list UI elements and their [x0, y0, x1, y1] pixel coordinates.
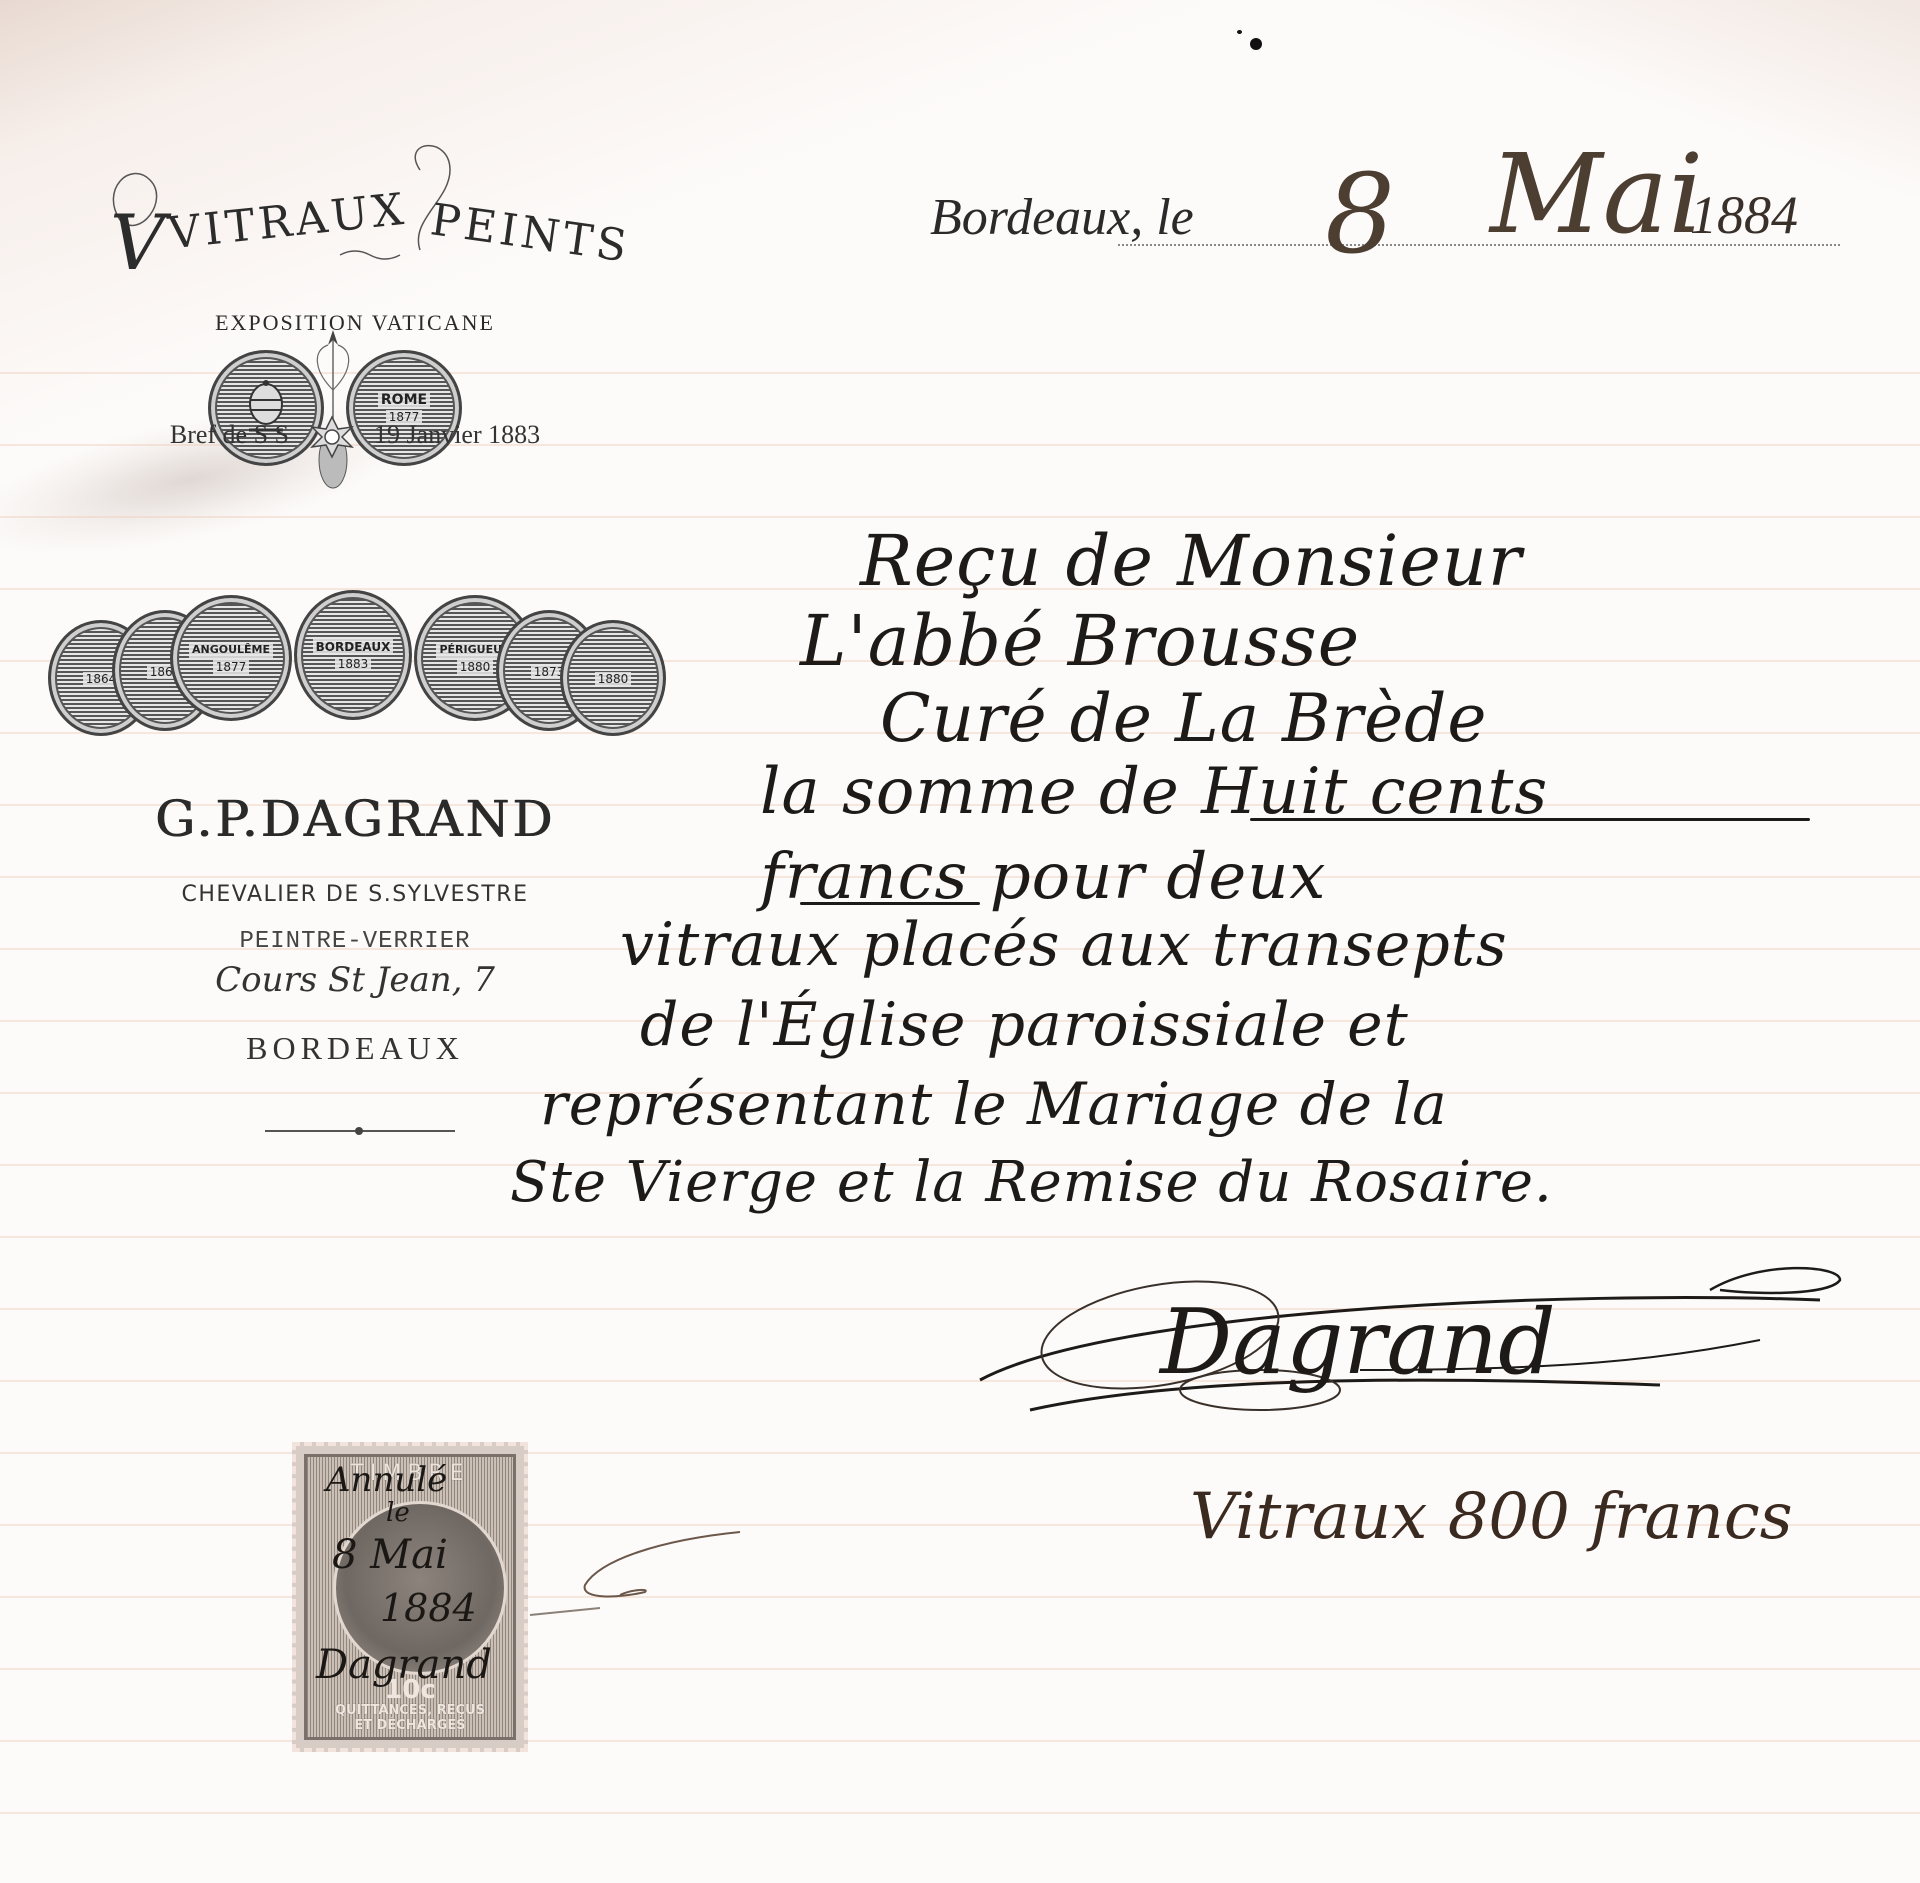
- date-year: 1884: [1690, 184, 1798, 246]
- body-line-3: Curé de La Brède: [880, 680, 1487, 757]
- signature-name: Dagrand: [1160, 1290, 1556, 1395]
- letterhead-divider: [265, 1130, 455, 1132]
- medal-bordeaux: BORDEAUX1883: [294, 590, 412, 720]
- pen-flourish-icon: [520, 1520, 760, 1640]
- body-line-2: L'abbé Brousse: [800, 600, 1360, 682]
- title-initial-v: V: [110, 198, 169, 287]
- medal-7: 1880: [560, 620, 666, 736]
- medal-label: BORDEAUX: [313, 639, 394, 655]
- amount-underline: [1250, 818, 1810, 821]
- date-month: Mai: [1490, 130, 1703, 258]
- ruled-line: [0, 1668, 1920, 1670]
- stamp-footer-line-1: QUITTANCES, REÇUS: [307, 1703, 513, 1718]
- letterhead-title: V VITRAUX PEINTS: [100, 160, 640, 270]
- ruled-line: [0, 1740, 1920, 1742]
- ink-speck: [1250, 38, 1262, 50]
- bref-line: Bref de S S 19 Janvier 1883: [40, 415, 670, 459]
- body-line-6: vitraux placés aux transepts: [620, 910, 1508, 980]
- city: BORDEAUX: [40, 1030, 670, 1067]
- maltese-cross-icon: [310, 415, 354, 459]
- medal-year: 1877: [213, 660, 250, 674]
- body-line-1: Reçu de Monsieur: [860, 520, 1522, 602]
- medal-year: 1880: [595, 672, 632, 686]
- stamp-cancel-signature: Dagrand: [316, 1642, 492, 1688]
- stamp-cancel-le: le: [386, 1498, 410, 1528]
- address: Cours St Jean, 7: [40, 960, 670, 1000]
- ruled-line: [0, 516, 1920, 518]
- stamp-cancel-annule: Annulé: [326, 1460, 447, 1500]
- stamp-cancel-year: 1884: [380, 1586, 477, 1630]
- stamp-footer: QUITTANCES, REÇUS ET DÉCHARGES: [307, 1703, 513, 1733]
- stamp-cancel-date: 8 Mai: [332, 1532, 448, 1578]
- medal-label: ROME: [378, 392, 430, 408]
- bref-right: 19 Janvier 1883: [374, 420, 540, 449]
- ink-speck: [1237, 30, 1242, 34]
- ruled-line: [0, 1812, 1920, 1814]
- revenue-stamp: TIMBRE 10c QUITTANCES, REÇUS ET DÉCHARGE…: [292, 1442, 528, 1752]
- medal-angouleme: ANGOULÊME1877: [170, 595, 292, 721]
- amount-summary: Vitraux 800 francs: [1190, 1480, 1793, 1554]
- francs-underline: [800, 902, 980, 905]
- company-name: G.P.DAGRAND: [40, 790, 670, 848]
- profession: PEINTRE-VERRIER: [40, 928, 670, 955]
- ruled-line: [0, 1596, 1920, 1598]
- ruled-line: [0, 1236, 1920, 1238]
- signature: Dagrand: [960, 1250, 1860, 1440]
- body-line-9: Ste Vierge et la Remise du Rosaire.: [510, 1150, 1553, 1215]
- bref-left: Bref de S S: [170, 420, 289, 449]
- date-day: 8: [1325, 150, 1395, 278]
- ruled-line: [0, 1452, 1920, 1454]
- medal-year: 1880: [457, 660, 494, 674]
- dateline: Bordeaux, le 8 Mai 1884: [930, 160, 1840, 250]
- medal-label: ANGOULÊME: [189, 642, 273, 658]
- body-line-7: de l'Église paroissiale et: [640, 990, 1409, 1060]
- dateline-printed: Bordeaux, le: [930, 188, 1194, 247]
- medal-year: 1883: [335, 657, 372, 671]
- stamp-footer-line-2: ET DÉCHARGES: [307, 1718, 513, 1733]
- honour-title: CHEVALIER DE S.SYLVESTRE: [40, 882, 670, 907]
- body-line-8: représentant le Mariage de la: [540, 1070, 1448, 1138]
